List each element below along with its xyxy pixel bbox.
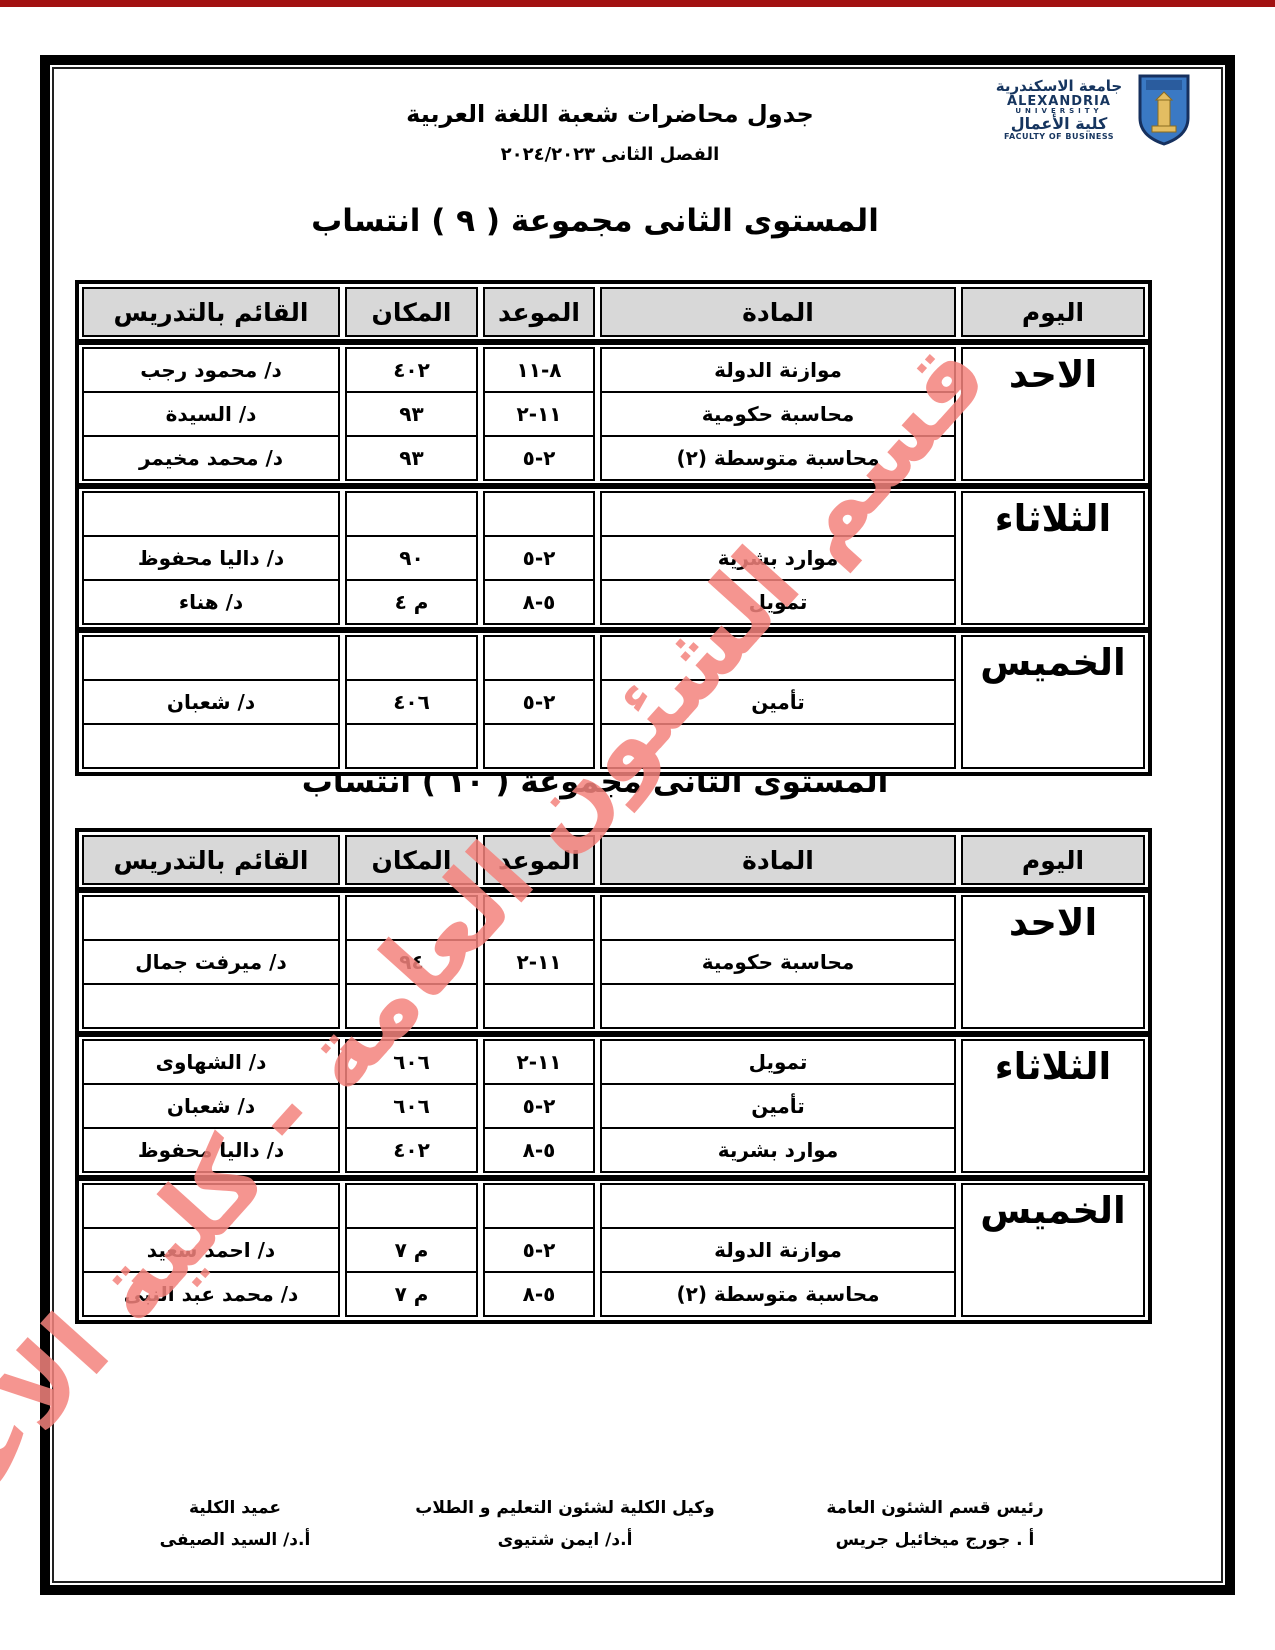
place-cell: ٩٣ [347,391,476,435]
subject-cell: تمويل [602,579,954,623]
signature-title: رئيس قسم الشئون العامة [785,1492,1085,1524]
time-cell [485,637,593,679]
day-name: الثلاثاء [961,1039,1145,1173]
logo-arabic-university: جامعة الاسكندرية [985,79,1133,95]
day-name: الاحد [961,347,1145,481]
subject-column: محاسبة حكومية [600,895,956,1029]
instructor-cell: د/ شعبان [84,1083,338,1127]
place-column: م ٧ م ٧ [345,1183,478,1317]
column-header-time: الموعد [483,287,595,337]
schedule-table-group9: اليوم المادة الموعد المكان القائم بالتدر… [75,280,1152,776]
place-cell: ٤٠٦ [347,679,476,723]
day-group-thursday: الخميس تأمين ٢-٥ ٤٠٦ د/ شعبان [82,635,1145,769]
place-cell: ٩٠ [347,535,476,579]
time-cell: ١١-٢ [485,391,593,435]
time-column: ٢-٥ ٥-٨ [483,491,595,625]
day-name: الخميس [961,1183,1145,1317]
subject-cell: تأمين [602,679,954,723]
time-cell [485,897,593,939]
place-column: ٤٠٢ ٩٣ ٩٣ [345,347,478,481]
day-group-tuesday: الثلاثاء تمويل تأمين موارد بشرية ١١-٢ ٢-… [82,1039,1145,1173]
group-separator [79,627,1148,633]
group-separator [79,483,1148,489]
instructor-cell: د/ ميرفت جمال [84,939,338,983]
place-cell: ٩٣ [347,435,476,479]
time-column: ٢-٥ ٥-٨ [483,1183,595,1317]
group-separator [79,887,1148,893]
column-header-subject: المادة [600,287,956,337]
signature-vice-dean: وكيل الكلية لشئون التعليم و الطلاب أ.د/ … [415,1492,715,1557]
instructor-column: د/ شعبان [82,635,340,769]
subject-column: موازنة الدولة محاسبة حكومية محاسبة متوسط… [600,347,956,481]
instructor-cell: د/ السيدة [84,391,338,435]
day-group-sunday: الاحد محاسبة حكومية ١١-٢ ٩٤ د/ ميرفت جما… [82,895,1145,1029]
subject-cell: موازنة الدولة [602,1227,954,1271]
instructor-cell: د/ محمود رجب [84,349,338,391]
instructor-cell: د/ داليا محفوظ [84,1127,338,1171]
column-header-place: المكان [345,835,478,885]
subject-column: موارد بشرية تمويل [600,491,956,625]
subject-cell: تمويل [602,1041,954,1083]
place-cell [347,1185,476,1227]
subject-cell: محاسبة متوسطة (٢) [602,1271,954,1315]
group-separator [79,339,1148,345]
subject-column: موازنة الدولة محاسبة متوسطة (٢) [600,1183,956,1317]
instructor-cell: د/ شعبان [84,679,338,723]
subject-cell [602,983,954,1027]
time-cell: ٢-٥ [485,1227,593,1271]
place-column: ٩٤ [345,895,478,1029]
place-cell: ٤٠٢ [347,349,476,391]
table-header-row: اليوم المادة الموعد المكان القائم بالتدر… [82,287,1145,337]
instructor-cell [84,723,338,767]
time-cell: ٢-٥ [485,535,593,579]
time-column: ١١-٢ ٢-٥ ٥-٨ [483,1039,595,1173]
time-cell [485,493,593,535]
column-header-time: الموعد [483,835,595,885]
subject-cell: محاسبة حكومية [602,939,954,983]
column-header-day: اليوم [961,835,1145,885]
logo-english-faculty: FACULTY OF BUSINESS [985,133,1133,141]
time-cell: ٥-٨ [485,1127,593,1171]
subject-cell: موازنة الدولة [602,349,954,391]
instructor-column: د/ محمود رجب د/ السيدة د/ محمد مخيمر [82,347,340,481]
place-cell: م ٧ [347,1271,476,1315]
subject-column: تمويل تأمين موارد بشرية [600,1039,956,1173]
place-column: ٩٠ م ٤ [345,491,478,625]
time-cell: ٨-١١ [485,349,593,391]
column-header-day: اليوم [961,287,1145,337]
instructor-cell [84,637,338,679]
instructor-column: د/ داليا محفوظ د/ هناء [82,491,340,625]
signature-title: عميد الكلية [85,1492,385,1524]
instructor-cell: د/ هناء [84,579,338,623]
time-cell: ٥-٨ [485,579,593,623]
place-cell: م ٤ [347,579,476,623]
place-cell [347,637,476,679]
subject-cell: محاسبة متوسطة (٢) [602,435,954,479]
subject-column: تأمين [600,635,956,769]
place-cell: ٦٠٦ [347,1083,476,1127]
place-cell [347,723,476,767]
place-column: ٤٠٦ [345,635,478,769]
place-cell [347,897,476,939]
subject-cell [602,637,954,679]
place-cell: م ٧ [347,1227,476,1271]
time-column: ١١-٢ [483,895,595,1029]
signature-name: أ.د/ ايمن شتيوى [415,1524,715,1556]
subject-cell [602,1185,954,1227]
signature-dean: عميد الكلية أ.د/ السيد الصيفى [85,1492,385,1557]
place-cell: ٩٤ [347,939,476,983]
column-header-place: المكان [345,287,478,337]
group-separator [79,1031,1148,1037]
instructor-cell: د/ احمد سعيد [84,1227,338,1271]
semester-subtitle: الفصل الثانى ٢٠٢٤/٢٠٢٣ [0,144,1220,165]
subject-cell [602,723,954,767]
column-header-subject: المادة [600,835,956,885]
time-cell: ١١-٢ [485,939,593,983]
day-group-sunday: الاحد موازنة الدولة محاسبة حكومية محاسبة… [82,347,1145,481]
instructor-cell: د/ محمد مخيمر [84,435,338,479]
time-column: ٨-١١ ١١-٢ ٢-٥ [483,347,595,481]
instructor-cell [84,983,338,1027]
signature-title: وكيل الكلية لشئون التعليم و الطلاب [415,1492,715,1524]
time-cell: ٥-٨ [485,1271,593,1315]
day-name: الثلاثاء [961,491,1145,625]
time-cell: ٢-٥ [485,435,593,479]
time-cell: ١١-٢ [485,1041,593,1083]
instructor-cell [84,493,338,535]
day-name: الخميس [961,635,1145,769]
time-cell: ٢-٥ [485,1083,593,1127]
subject-cell: تأمين [602,1083,954,1127]
instructor-column: د/ الشهاوى د/ شعبان د/ داليا محفوظ [82,1039,340,1173]
subject-cell: محاسبة حكومية [602,391,954,435]
column-header-instructor: القائم بالتدريس [82,835,340,885]
place-cell [347,983,476,1027]
top-red-bar [0,0,1275,7]
time-cell [485,723,593,767]
subject-cell [602,897,954,939]
place-cell: ٤٠٢ [347,1127,476,1171]
subject-cell: موارد بشرية [602,1127,954,1171]
time-cell: ٢-٥ [485,679,593,723]
instructor-cell [84,897,338,939]
instructor-cell: د/ محمد عبد النبى [84,1271,338,1315]
schedule-table-group10: اليوم المادة الموعد المكان القائم بالتدر… [75,828,1152,1324]
signature-dept-head: رئيس قسم الشئون العامة أ . جورج ميخائيل … [785,1492,1085,1557]
column-header-instructor: القائم بالتدريس [82,287,340,337]
place-cell [347,493,476,535]
table-header-row: اليوم المادة الموعد المكان القائم بالتدر… [82,835,1145,885]
instructor-column: د/ احمد سعيد د/ محمد عبد النبى [82,1183,340,1317]
instructor-cell: د/ الشهاوى [84,1041,338,1083]
time-column: ٢-٥ [483,635,595,769]
document-page: جامعة الاسكندرية ALEXANDRIA UNIVERSITY ك… [0,0,1275,1650]
instructor-cell [84,1185,338,1227]
page-title: جدول محاضرات شعبة اللغة العربية [0,100,1220,128]
group-separator [79,1175,1148,1181]
signature-name: أ.د/ السيد الصيفى [85,1524,385,1556]
instructor-column: د/ ميرفت جمال [82,895,340,1029]
day-name: الاحد [961,895,1145,1029]
time-cell [485,983,593,1027]
place-column: ٦٠٦ ٦٠٦ ٤٠٢ [345,1039,478,1173]
subject-cell [602,493,954,535]
section-title-group9: المستوى الثانى مجموعة ( ٩ ) انتساب [40,203,1150,239]
time-cell [485,1185,593,1227]
day-group-thursday: الخميس موازنة الدولة محاسبة متوسطة (٢) ٢… [82,1183,1145,1317]
instructor-cell: د/ داليا محفوظ [84,535,338,579]
subject-cell: موارد بشرية [602,535,954,579]
place-cell: ٦٠٦ [347,1041,476,1083]
day-group-tuesday: الثلاثاء موارد بشرية تمويل ٢-٥ ٥-٨ ٩٠ م … [82,491,1145,625]
signature-name: أ . جورج ميخائيل جريس [785,1524,1085,1556]
